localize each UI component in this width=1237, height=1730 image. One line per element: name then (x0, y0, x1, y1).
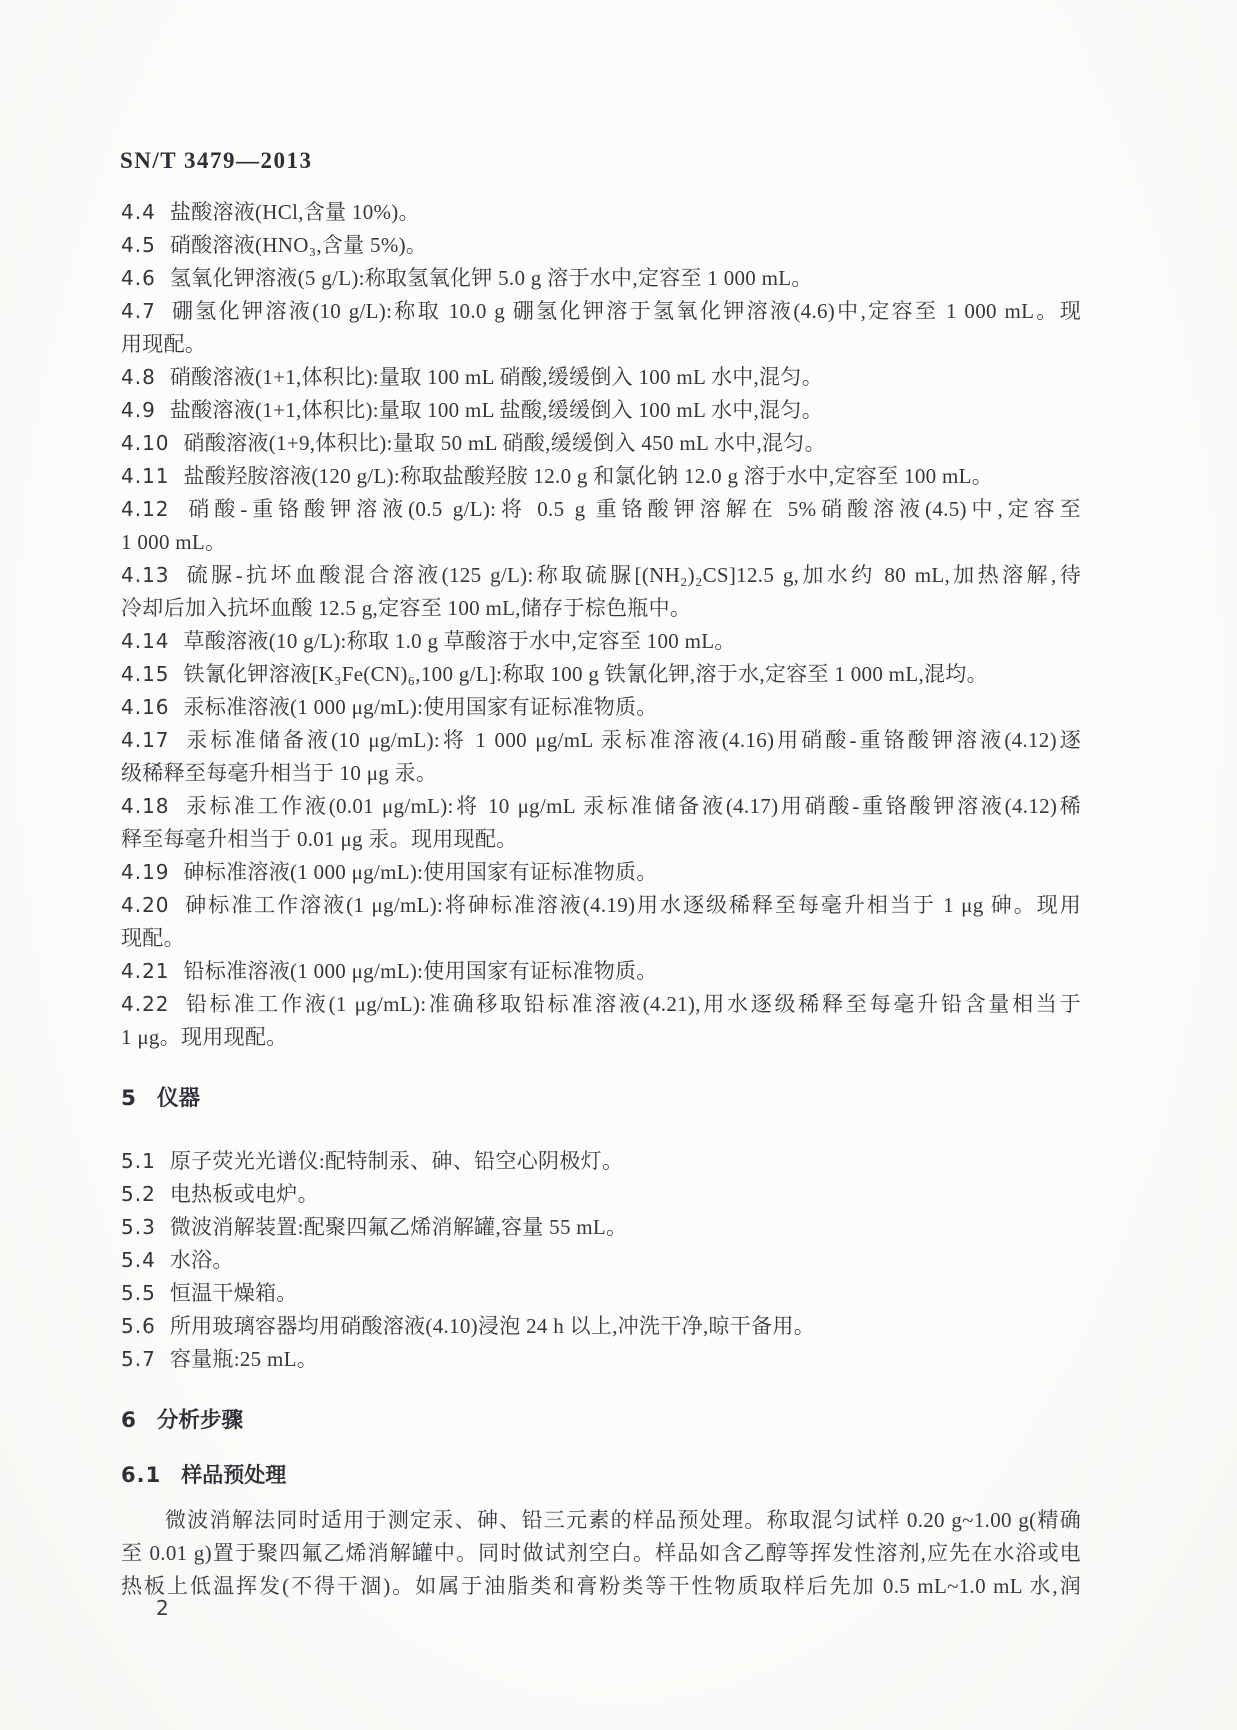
section-heading: 5仪器 (121, 1082, 1081, 1115)
clause-line: 4.14草酸溶液(10 g/L):称取 1.0 g 草酸溶于水中,定容至 100… (121, 625, 1081, 658)
clause-line: 5.3微波消解装置:配聚四氟乙烯消解罐,容量 55 mL。 (121, 1211, 1081, 1244)
clause-number: 4.17 (121, 728, 170, 752)
clause-number: 4.15 (121, 662, 170, 686)
section-heading: 6.1样品预处理 (121, 1459, 1081, 1492)
clause-line: 4.15铁氰化钾溶液[K₃Fe(CN)₆,100 g/L]:称取 100 g 铁… (121, 658, 1081, 691)
clause-number: 5.7 (121, 1347, 156, 1371)
clause-line: 5.6所用玻璃容器均用硝酸溶液(4.10)浸泡 24 h 以上,冲洗干净,晾干备… (121, 1310, 1081, 1343)
clause-line: 用现配。 (121, 328, 1081, 361)
section-title: 分析步骤 (157, 1408, 243, 1433)
document-body: 4.4盐酸溶液(HCl,含量 10%)。4.5硝酸溶液(HNO₃,含量 5%)。… (121, 196, 1081, 1603)
clause-text: 铅标准溶液(1 000 μg/mL):使用国家有证标准物质。 (184, 959, 658, 983)
clause-text: 砷标准工作溶液(1 μg/mL):将砷标准溶液(4.19)用水逐级稀释至每毫升相… (184, 893, 1081, 917)
document-page: SN/T 3479—2013 4.4盐酸溶液(HCl,含量 10%)。4.5硝酸… (0, 0, 1237, 1730)
clause-line: 5.5恒温干燥箱。 (121, 1277, 1081, 1310)
clause-line: 4.20砷标准工作溶液(1 μg/mL):将砷标准溶液(4.19)用水逐级稀释至… (121, 889, 1081, 922)
clause-number: 4.9 (121, 398, 156, 422)
clause-number: 4.7 (121, 299, 156, 323)
clause-number: 4.6 (121, 266, 156, 290)
clause-line: 现配。 (121, 922, 1081, 955)
clause-line: 4.4盐酸溶液(HCl,含量 10%)。 (121, 196, 1081, 229)
clause-number: 4.16 (121, 695, 170, 719)
clause-line: 4.11盐酸羟胺溶液(120 g/L):称取盐酸羟胺 12.0 g 和氯化钠 1… (121, 460, 1081, 493)
section-heading: 6分析步骤 (121, 1404, 1081, 1437)
clause-text: 1 μg。现用现配。 (121, 1025, 288, 1049)
clause-text: 草酸溶液(10 g/L):称取 1.0 g 草酸溶于水中,定容至 100 mL。 (184, 629, 736, 653)
clause-number: 4.10 (121, 431, 170, 455)
clause-number: 4.13 (121, 563, 170, 587)
clause-text: 原子荧光光谱仪:配特制汞、砷、铅空心阴极灯。 (170, 1149, 623, 1173)
clause-number: 5.5 (121, 1281, 156, 1305)
clause-text: 冷却后加入抗坏血酸 12.5 g,定容至 100 mL,储存于棕色瓶中。 (121, 596, 691, 620)
clause-text: 现配。 (121, 926, 185, 950)
clause-number: 4.5 (121, 233, 156, 257)
clause-text: 用现配。 (121, 332, 206, 356)
clause-line: 4.5硝酸溶液(HNO₃,含量 5%)。 (121, 229, 1081, 262)
clause-number: 5.1 (121, 1149, 156, 1173)
clause-line: 4.16汞标准溶液(1 000 μg/mL):使用国家有证标准物质。 (121, 691, 1081, 724)
paragraph-line: 至 0.01 g)置于聚四氟乙烯消解罐中。同时做试剂空白。样品如含乙醇等挥发性溶… (121, 1537, 1081, 1570)
clause-text: 硼氢化钾溶液(10 g/L):称取 10.0 g 硼氢化钾溶于氢氧化钾溶液(4.… (170, 299, 1081, 323)
section-number: 5 (121, 1086, 137, 1111)
clause-line: 5.4水浴。 (121, 1244, 1081, 1277)
clause-line: 4.9盐酸溶液(1+1,体积比):量取 100 mL 盐酸,缓缓倒入 100 m… (121, 394, 1081, 427)
clause-line: 4.21铅标准溶液(1 000 μg/mL):使用国家有证标准物质。 (121, 955, 1081, 988)
clause-line: 4.13硫脲-抗坏血酸混合溶液(125 g/L):称取硫脲[(NH₂)₂CS]1… (121, 559, 1081, 592)
clause-number: 5.3 (121, 1215, 156, 1239)
clause-text: 硫脲-抗坏血酸混合溶液(125 g/L):称取硫脲[(NH₂)₂CS]12.5 … (184, 563, 1081, 587)
clause-line: 级稀释至每毫升相当于 10 μg 汞。 (121, 757, 1081, 790)
clause-text: 级稀释至每毫升相当于 10 μg 汞。 (121, 761, 437, 785)
clause-number: 4.21 (121, 959, 170, 983)
clause-text: 汞标准储备液(10 μg/mL):将 1 000 μg/mL 汞标准溶液(4.1… (184, 728, 1081, 752)
clause-text: 容量瓶:25 mL。 (170, 1347, 318, 1371)
paragraph-line: 微波消解法同时适用于测定汞、砷、铅三元素的样品预处理。称取混匀试样 0.20 g… (121, 1504, 1081, 1537)
clause-number: 5.4 (121, 1248, 156, 1272)
clause-number: 5.6 (121, 1314, 156, 1338)
section-number: 6.1 (121, 1463, 161, 1487)
clause-line: 4.18汞标准工作液(0.01 μg/mL):将 10 μg/mL 汞标准储备液… (121, 790, 1081, 823)
clause-text: 硝酸-重铬酸钾溶液(0.5 g/L):将 0.5 g 重铬酸钾溶解在 5%硝酸溶… (184, 497, 1081, 521)
clause-line: 1 μg。现用现配。 (121, 1021, 1081, 1054)
paragraph-line: 热板上低温挥发(不得干涸)。如属于油脂类和膏粉类等干性物质取样后先加 0.5 m… (121, 1570, 1081, 1603)
clause-text: 所用玻璃容器均用硝酸溶液(4.10)浸泡 24 h 以上,冲洗干净,晾干备用。 (170, 1314, 815, 1338)
clause-text: 汞标准工作液(0.01 μg/mL):将 10 μg/mL 汞标准储备液(4.1… (184, 794, 1081, 818)
standard-code: SN/T 3479—2013 (120, 148, 312, 174)
clause-number: 4.11 (121, 464, 170, 488)
paragraph-text: 微波消解法同时适用于测定汞、砷、铅三元素的样品预处理。称取混匀试样 0.20 g… (121, 1508, 1081, 1532)
clause-text: 硝酸溶液(1+1,体积比):量取 100 mL 硝酸,缓缓倒入 100 mL 水… (170, 365, 823, 389)
clause-line: 5.2电热板或电炉。 (121, 1178, 1081, 1211)
clause-text: 恒温干燥箱。 (170, 1281, 298, 1305)
clause-text: 盐酸溶液(HCl,含量 10%)。 (170, 200, 420, 224)
clause-line: 4.17汞标准储备液(10 μg/mL):将 1 000 μg/mL 汞标准溶液… (121, 724, 1081, 757)
clause-line: 5.1原子荧光光谱仪:配特制汞、砷、铅空心阴极灯。 (121, 1145, 1081, 1178)
section-number: 6 (121, 1408, 137, 1433)
clause-number: 4.12 (121, 497, 170, 521)
clause-text: 释至每毫升相当于 0.01 μg 汞。现用现配。 (121, 827, 517, 851)
clause-number: 5.2 (121, 1182, 156, 1206)
section-title: 仪器 (157, 1086, 200, 1111)
clause-text: 铅标准工作液(1 μg/mL):准确移取铅标准溶液(4.21),用水逐级稀释至每… (184, 992, 1081, 1016)
clause-line: 1 000 mL。 (121, 526, 1081, 559)
clause-line: 4.22铅标准工作液(1 μg/mL):准确移取铅标准溶液(4.21),用水逐级… (121, 988, 1081, 1021)
clause-number: 4.4 (121, 200, 156, 224)
clause-line: 4.7硼氢化钾溶液(10 g/L):称取 10.0 g 硼氢化钾溶于氢氧化钾溶液… (121, 295, 1081, 328)
clause-line: 5.7容量瓶:25 mL。 (121, 1343, 1081, 1376)
clause-text: 水浴。 (170, 1248, 234, 1272)
clause-text: 砷标准溶液(1 000 μg/mL):使用国家有证标准物质。 (184, 860, 658, 884)
clause-number: 4.18 (121, 794, 170, 818)
clause-number: 4.19 (121, 860, 170, 884)
clause-text: 汞标准溶液(1 000 μg/mL):使用国家有证标准物质。 (184, 695, 658, 719)
clause-text: 盐酸溶液(1+1,体积比):量取 100 mL 盐酸,缓缓倒入 100 mL 水… (170, 398, 823, 422)
clause-line: 4.12硝酸-重铬酸钾溶液(0.5 g/L):将 0.5 g 重铬酸钾溶解在 5… (121, 493, 1081, 526)
clause-number: 4.22 (121, 992, 170, 1016)
paragraph-text: 至 0.01 g)置于聚四氟乙烯消解罐中。同时做试剂空白。样品如含乙醇等挥发性溶… (121, 1541, 1081, 1565)
clause-line: 释至每毫升相当于 0.01 μg 汞。现用现配。 (121, 823, 1081, 856)
clause-text: 微波消解装置:配聚四氟乙烯消解罐,容量 55 mL。 (170, 1215, 628, 1239)
section-title: 样品预处理 (181, 1463, 286, 1487)
clause-line: 冷却后加入抗坏血酸 12.5 g,定容至 100 mL,储存于棕色瓶中。 (121, 592, 1081, 625)
clause-number: 4.14 (121, 629, 170, 653)
clause-line: 4.10硝酸溶液(1+9,体积比):量取 50 mL 硝酸,缓缓倒入 450 m… (121, 427, 1081, 460)
clause-text: 1 000 mL。 (121, 530, 226, 554)
clause-text: 硝酸溶液(HNO₃,含量 5%)。 (170, 233, 427, 257)
clause-text: 铁氰化钾溶液[K₃Fe(CN)₆,100 g/L]:称取 100 g 铁氰化钾,… (184, 662, 988, 686)
clause-text: 硝酸溶液(1+9,体积比):量取 50 mL 硝酸,缓缓倒入 450 mL 水中… (184, 431, 826, 455)
page-number: 2 (156, 1596, 169, 1620)
clause-text: 盐酸羟胺溶液(120 g/L):称取盐酸羟胺 12.0 g 和氯化钠 12.0 … (184, 464, 994, 488)
clause-line: 4.6氢氧化钾溶液(5 g/L):称取氢氧化钾 5.0 g 溶于水中,定容至 1… (121, 262, 1081, 295)
paragraph-text: 热板上低温挥发(不得干涸)。如属于油脂类和膏粉类等干性物质取样后先加 0.5 m… (121, 1574, 1081, 1598)
clause-number: 4.20 (121, 893, 170, 917)
clause-text: 电热板或电炉。 (170, 1182, 319, 1206)
clause-text: 氢氧化钾溶液(5 g/L):称取氢氧化钾 5.0 g 溶于水中,定容至 1 00… (170, 266, 813, 290)
clause-number: 4.8 (121, 365, 156, 389)
clause-line: 4.8硝酸溶液(1+1,体积比):量取 100 mL 硝酸,缓缓倒入 100 m… (121, 361, 1081, 394)
clause-line: 4.19砷标准溶液(1 000 μg/mL):使用国家有证标准物质。 (121, 856, 1081, 889)
